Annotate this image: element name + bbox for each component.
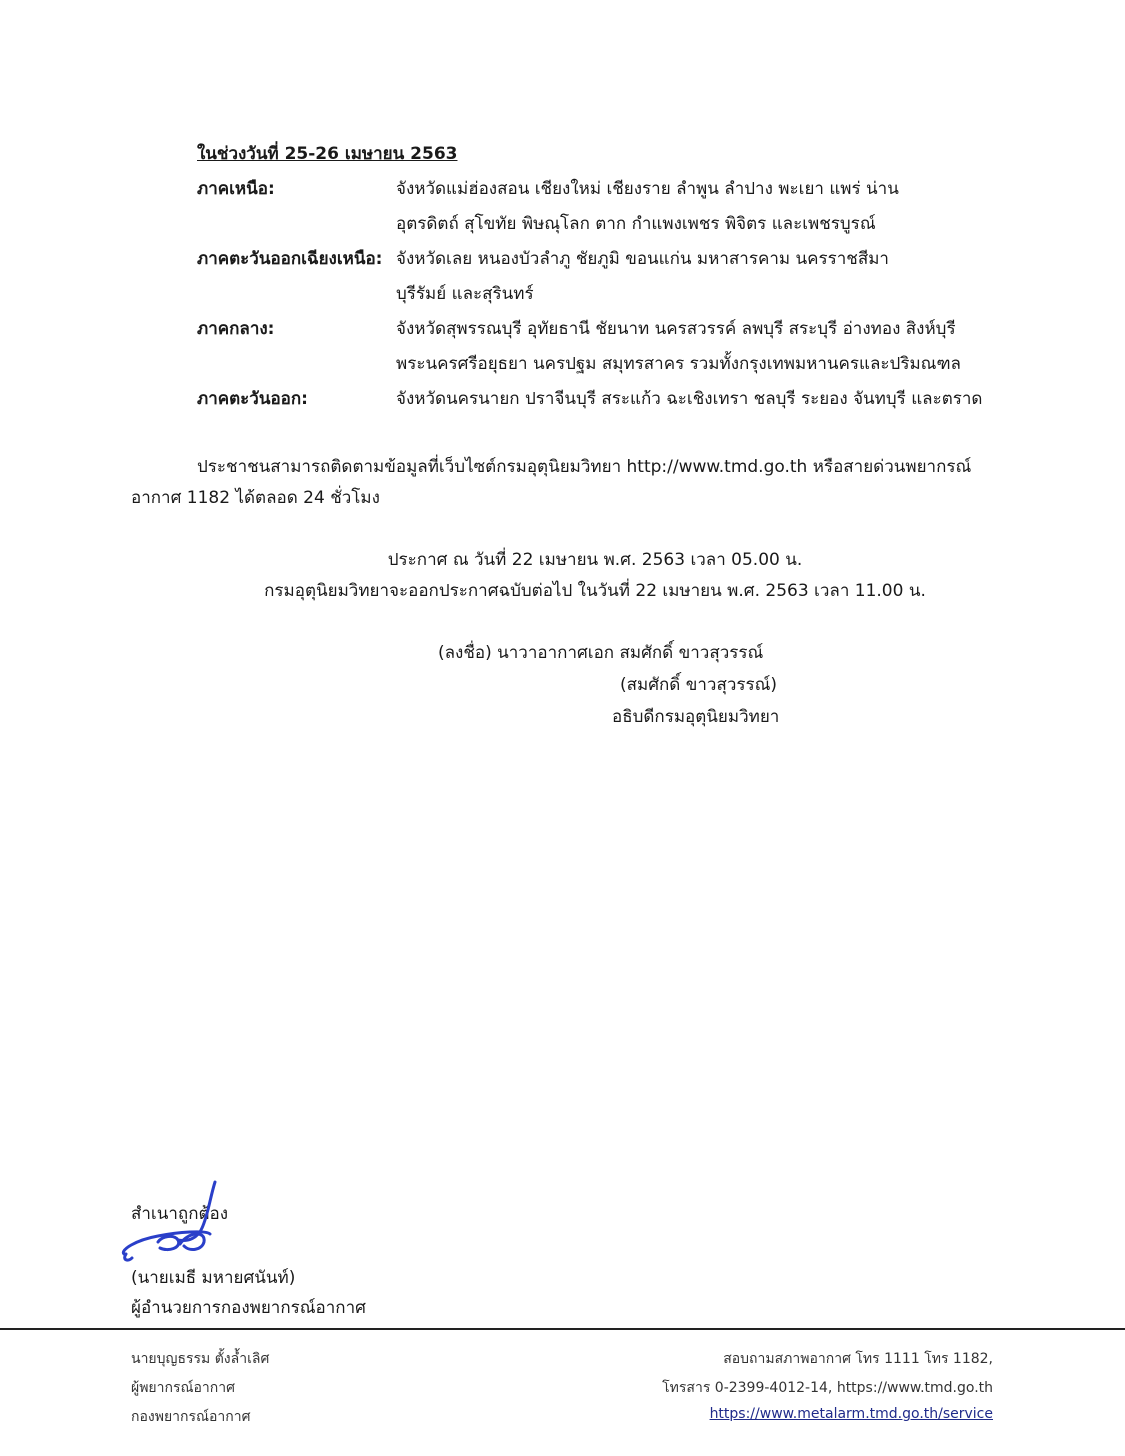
handwritten-signature-icon <box>118 1180 228 1265</box>
region-text-north-1: จังหวัดแม่ฮ่องสอน เชียงใหม่ เชียงราย ลำพ… <box>396 175 899 202</box>
footer-forecaster-name: นายบุญธรรม ตั้งล้ำเลิศ <box>131 1348 269 1370</box>
announcement-issued: ประกาศ ณ วันที่ 22 เมษายน พ.ศ. 2563 เวลา… <box>0 546 1125 573</box>
footer-contact-phone: สอบถามสภาพอากาศ โทร 1111 โทร 1182, <box>723 1348 993 1370</box>
period-heading: ในช่วงวันที่ 25-26 เมษายน 2563 <box>197 140 457 167</box>
region-text-central-1: จังหวัดสุพรรณบุรี อุทัยธานี ชัยนาท นครสว… <box>396 315 956 342</box>
region-label-east: ภาคตะวันออก: <box>197 385 308 412</box>
info-paragraph-line2: อากาศ 1182 ได้ตลอด 24 ชั่วโมง <box>131 484 380 511</box>
footer-contact-fax: โทรสาร 0-2399-4012-14, https://www.tmd.g… <box>662 1377 993 1399</box>
footer-service-link[interactable]: https://www.metalarm.tmd.go.th/service <box>710 1406 993 1422</box>
signed-line: (ลงชื่อ) นาวาอากาศเอก สมศักดิ์ ขาวสุวรรณ… <box>438 639 763 666</box>
region-label-north: ภาคเหนือ: <box>197 175 275 202</box>
certified-copy-name: (นายเมธี มหายศนันท์) <box>131 1264 295 1291</box>
region-text-central-2: พระนครศรีอยุธยา นครปฐม สมุทรสาคร รวมทั้ง… <box>396 350 961 377</box>
certified-copy-position: ผู้อำนวยการกองพยากรณ์อากาศ <box>131 1294 366 1321</box>
announcement-next: กรมอุตุนิยมวิทยาจะออกประกาศฉบับต่อไป ในว… <box>0 577 1125 604</box>
footer-divider <box>0 1328 1125 1330</box>
footer-division: กองพยากรณ์อากาศ <box>131 1406 251 1428</box>
region-text-northeast-1: จังหวัดเลย หนองบัวลำภู ชัยภูมิ ขอนแก่น ม… <box>396 245 889 272</box>
region-text-northeast-2: บุรีรัมย์ และสุรินทร์ <box>396 280 534 307</box>
signatory-name: (สมศักดิ์ ขาวสุวรรณ์) <box>620 671 777 698</box>
region-label-northeast: ภาคตะวันออกเฉียงเหนือ: <box>197 245 382 272</box>
region-label-central: ภาคกลาง: <box>197 315 274 342</box>
region-text-north-2: อุตรดิตถ์ สุโขทัย พิษณุโลก ตาก กำแพงเพชร… <box>396 210 876 237</box>
signatory-position: อธิบดีกรมอุตุนิยมวิทยา <box>612 703 779 730</box>
info-paragraph-line1: ประชาชนสามารถติดตามข้อมูลที่เว็บไซต์กรมอ… <box>197 453 971 480</box>
footer-forecaster-title: ผู้พยากรณ์อากาศ <box>131 1377 235 1399</box>
region-text-east-1: จังหวัดนครนายก ปราจีนบุรี สระแก้ว ฉะเชิง… <box>396 385 982 412</box>
